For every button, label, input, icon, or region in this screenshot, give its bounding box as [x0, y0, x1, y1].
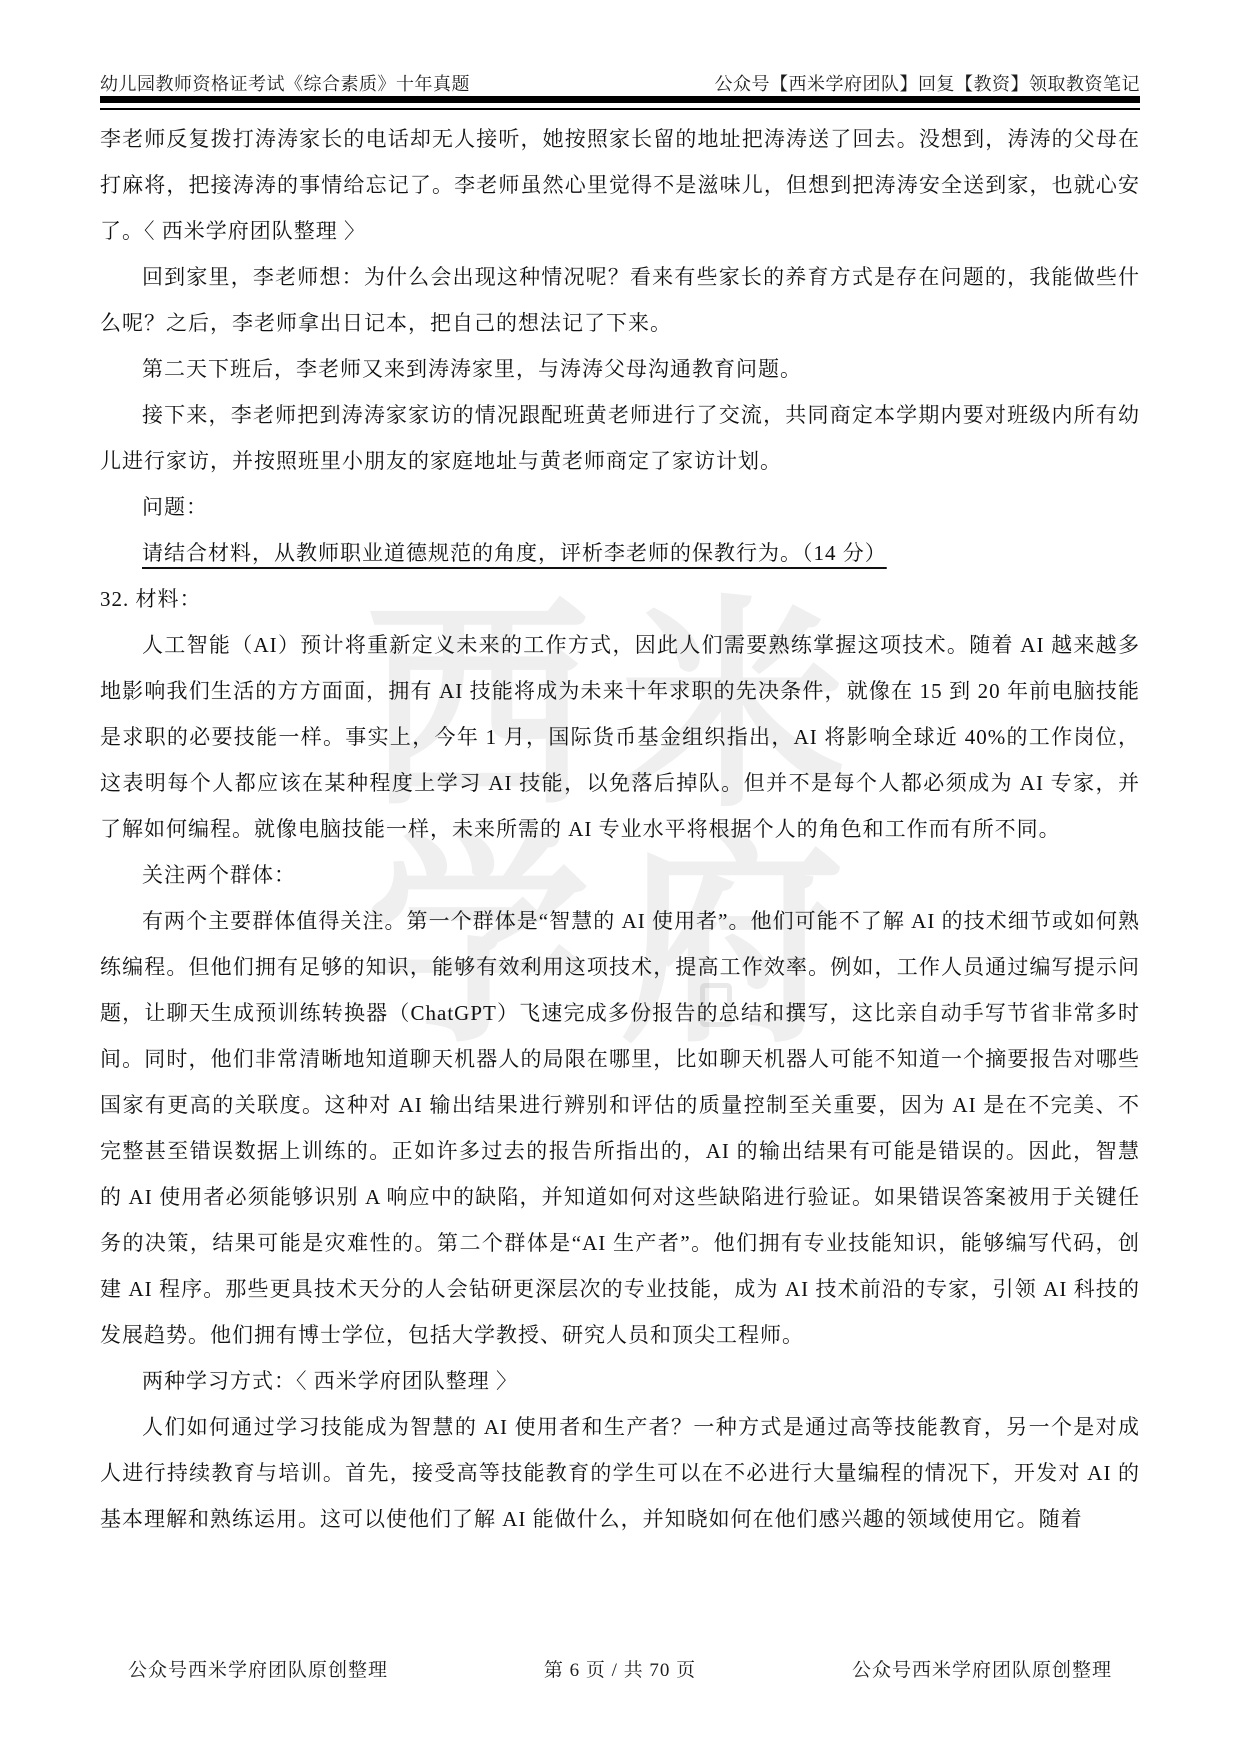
header-title-left: 幼儿园教师资格证考试《综合素质》十年真题 — [100, 70, 470, 96]
paragraph-two-groups-detail: 有两个主要群体值得关注。第一个群体是“智慧的 AI 使用者”。他们可能不了解 A… — [100, 898, 1140, 1358]
question-31-underlined-text: 请结合材料，从教师职业道德规范的角度，评析李老师的保教行为。（14 分） — [142, 541, 887, 565]
footer-page-number: 第 6 页 / 共 70 页 — [544, 1655, 696, 1682]
paragraph-ai-intro: 人工智能（AI）预计将重新定义未来的工作方式，因此人们需要熟练掌握这项技术。随着… — [100, 622, 1140, 852]
paragraph-second-day: 第二天下班后，李老师又来到涛涛家里，与涛涛父母沟通教育问题。 — [100, 346, 1140, 392]
paragraph-two-ways-label: 两种学习方式：〈 西米学府团队整理 〉 — [100, 1358, 1140, 1404]
document-page: 幼儿园教师资格证考试《综合素质》十年真题 公众号【西米学府团队】回复【教资】领取… — [0, 0, 1240, 1754]
paragraph-material31-continued: 李老师反复拨打涛涛家长的电话却无人接听，她按照家长留的地址把涛涛送了回去。没想到… — [100, 116, 1140, 254]
question-32-material-label: 32. 材料： — [100, 576, 1140, 622]
paragraph-home-visit-plan: 接下来，李老师把到涛涛家家访的情况跟配班黄老师进行了交流，共同商定本学期内要对班… — [100, 392, 1140, 484]
header-note-right: 公众号【西米学府团队】回复【教资】领取教资笔记 — [715, 70, 1141, 96]
document-body: 李老师反复拨打涛涛家长的电话却无人接听，她按照家长留的地址把涛涛送了回去。没想到… — [100, 116, 1140, 1542]
footer-left: 公众号西米学府团队原创整理 — [128, 1655, 388, 1682]
question-31-text: 请结合材料，从教师职业道德规范的角度，评析李老师的保教行为。（14 分） — [100, 530, 1140, 576]
header-rule-thin — [100, 108, 1140, 110]
paragraph-back-home: 回到家里，李老师想：为什么会出现这种情况呢？看来有些家长的养育方式是存在问题的，… — [100, 254, 1140, 346]
header-rule-thick — [100, 96, 1140, 103]
page-footer: 公众号西米学府团队原创整理 第 6 页 / 共 70 页 公众号西米学府团队原创… — [128, 1655, 1112, 1682]
question-label: 问题： — [100, 484, 1140, 530]
footer-right: 公众号西米学府团队原创整理 — [852, 1655, 1112, 1682]
paragraph-two-ways-detail: 人们如何通过学习技能成为智慧的 AI 使用者和生产者？一种方式是通过高等技能教育… — [100, 1404, 1140, 1542]
paragraph-two-groups-label: 关注两个群体： — [100, 852, 1140, 898]
page-header: 幼儿园教师资格证考试《综合素质》十年真题 公众号【西米学府团队】回复【教资】领取… — [100, 70, 1140, 96]
